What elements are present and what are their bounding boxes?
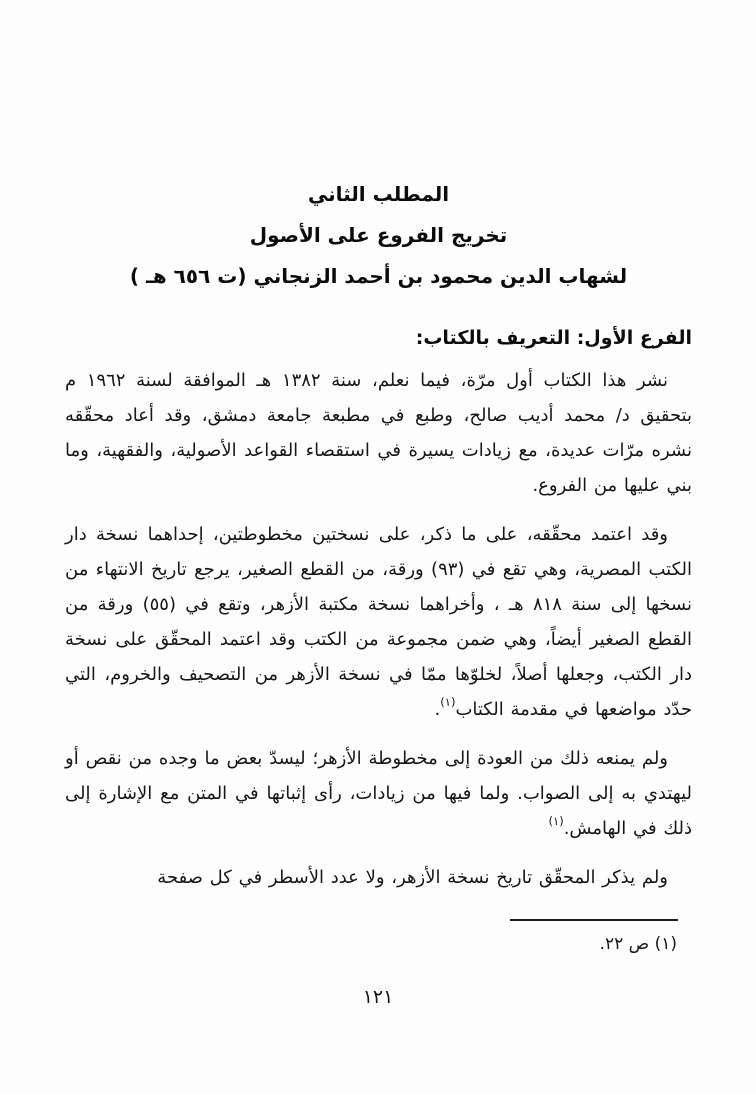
text-column: المطلب الثاني تخريج الفروع على الأصول لش… <box>65 0 692 895</box>
chapter-title: المطلب الثاني <box>65 174 692 215</box>
chapter-title-block: المطلب الثاني تخريج الفروع على الأصول لش… <box>65 0 692 297</box>
page-number: ١٢١ <box>0 986 756 1008</box>
book-title: تخريج الفروع على الأصول <box>65 215 692 256</box>
footnote-divider <box>510 919 678 921</box>
scanned-book-page: المطلب الثاني تخريج الفروع على الأصول لش… <box>0 0 756 1095</box>
paragraph: ولم يمنعه ذلك من العودة إلى مخطوطة الأزه… <box>65 741 692 846</box>
paragraph: ولم يذكر المحقّق تاريخ نسخة الأزهر، ولا … <box>65 860 692 895</box>
paragraph: نشر هذا الكتاب أول مرّة، فيما نعلم، سنة … <box>65 363 692 503</box>
author-line: لشهاب الدين محمود بن أحمد الزنجاني (ت ٦٥… <box>65 256 692 297</box>
paragraph-text: ولم يذكر المحقّق تاريخ نسخة الأزهر، ولا … <box>157 867 668 888</box>
paragraph: وقد اعتمد محقّقه، على ما ذكر، على نسختين… <box>65 517 692 727</box>
paragraph-text: نشر هذا الكتاب أول مرّة، فيما نعلم، سنة … <box>65 370 692 496</box>
section-heading: الفرع الأول: التعريف بالكتاب: <box>65 327 692 349</box>
paragraph-text: ولم يمنعه ذلك من العودة إلى مخطوطة الأزه… <box>65 748 692 839</box>
footnote-ref: (١) <box>549 814 564 828</box>
footnote-ref: (١) <box>440 695 455 709</box>
paragraph-text: وقد اعتمد محقّقه، على ما ذكر، على نسختين… <box>65 524 692 720</box>
footnote: (١) ص ٢٢. <box>600 934 677 954</box>
